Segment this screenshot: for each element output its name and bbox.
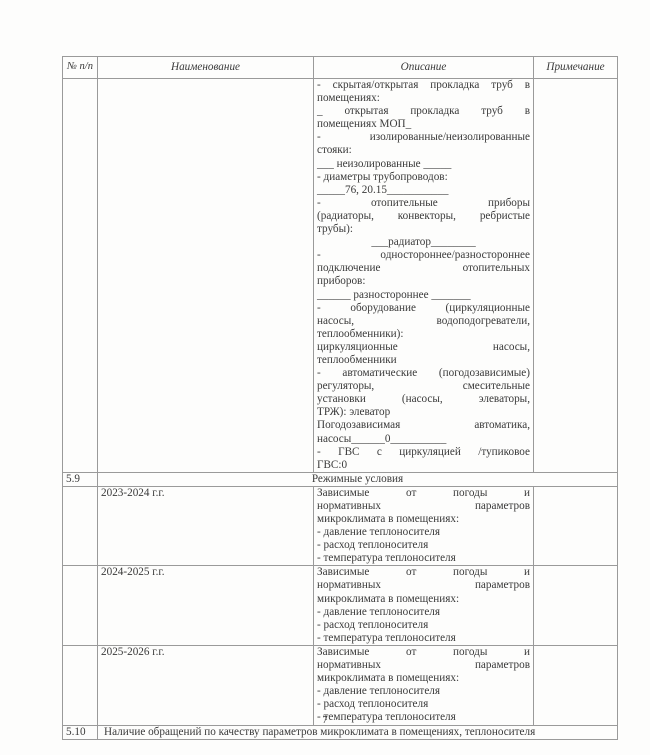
description-line: микроклимата в помещениях: — [317, 672, 530, 685]
header-number: № п/п — [63, 57, 98, 79]
table-row: 2025-2026 г.г. Зависимые от погоды инорм… — [63, 645, 618, 725]
description-line: - ГВС с циркуляцией /тупиковое — [317, 446, 530, 459]
description-line: нормативных параметров — [317, 500, 530, 513]
row-note — [534, 645, 618, 725]
description-line: регуляторы, смесительные — [317, 380, 530, 393]
description-line: - диаметры трубопроводов: — [317, 171, 530, 184]
description-line: микроклимата в помещениях: — [317, 593, 530, 606]
description-line: - автоматические (погодозависимые) — [317, 367, 530, 380]
row-period: 2025-2026 г.г. — [98, 645, 314, 725]
heating-system-table: № п/п Наименование Описание Примечание -… — [62, 56, 618, 740]
description-line: помещениях: — [317, 92, 530, 105]
description-line: ___ неизолированные _____ — [317, 158, 530, 171]
table-row: 2023-2024 г.г. Зависимые от погоды инорм… — [63, 486, 618, 566]
description-line: - оборудование (циркуляционные — [317, 302, 530, 315]
section-row-5-10: 5.10 Наличие обращений по качеству парам… — [63, 725, 618, 739]
description-line: - расход теплоносителя — [317, 619, 530, 632]
row-note — [534, 79, 618, 473]
description-line: установки (насосы, элеваторы, — [317, 393, 530, 406]
row-note — [534, 566, 618, 646]
description-line: трубы): — [317, 223, 530, 236]
row-number — [63, 645, 98, 725]
description-line: нормативных параметров — [317, 659, 530, 672]
row-description: Зависимые от погоды инормативных парамет… — [314, 486, 534, 566]
row-number — [63, 566, 98, 646]
section-title: Режимные условия — [98, 472, 618, 486]
table-row: - скрытая/открытая прокладка труб впомещ… — [63, 79, 618, 473]
section-title: Наличие обращений по качеству параметров… — [98, 725, 618, 739]
description-line: (радиаторы, конвекторы, ребристые — [317, 210, 530, 223]
row-period: 2024-2025 г.г. — [98, 566, 314, 646]
table-header-row: № п/п Наименование Описание Примечание — [63, 57, 618, 79]
section-number: 5.10 — [63, 725, 98, 739]
row-description: - скрытая/открытая прокладка труб впомещ… — [314, 79, 534, 473]
description-line: - давление теплоносителя — [317, 606, 530, 619]
description-line: подключение отопительных — [317, 262, 530, 275]
description-line: - одностороннее/разностороннее — [317, 249, 530, 262]
header-description: Описание — [314, 57, 534, 79]
description-line: - изолированные/неизолированные — [317, 131, 530, 144]
description-line: - отопительные приборы — [317, 197, 530, 210]
document-page: № п/п Наименование Описание Примечание -… — [0, 0, 650, 755]
row-name — [98, 79, 314, 473]
description-line: приборов: — [317, 275, 530, 288]
description-line: микроклимата в помещениях: — [317, 513, 530, 526]
description-line: ГВС:0 — [317, 459, 530, 472]
description-line: - температура теплоносителя — [317, 552, 530, 565]
description-line: ___радиатор________ — [317, 236, 530, 249]
description-line: - давление теплоносителя — [317, 526, 530, 539]
description-line: Зависимые от погоды и — [317, 566, 530, 579]
description-line: нормативных параметров — [317, 579, 530, 592]
description-line: - скрытая/открытая прокладка труб в — [317, 79, 530, 92]
description-line: стояки: — [317, 144, 530, 157]
row-description: Зависимые от погоды инормативных парамет… — [314, 645, 534, 725]
description-line: циркуляционные насосы, — [317, 341, 530, 354]
description-line: - расход теплоносителя — [317, 698, 530, 711]
description-line: - температура теплоносителя — [317, 632, 530, 645]
row-number — [63, 79, 98, 473]
description-line: - расход теплоносителя — [317, 539, 530, 552]
description-line: ТРЖ): элеватор — [317, 406, 530, 419]
description-line: Зависимые от погоды и — [317, 487, 530, 500]
row-description: Зависимые от погоды инормативных парамет… — [314, 566, 534, 646]
description-line: теплообменники — [317, 354, 530, 367]
section-row-5-9: 5.9 Режимные условия — [63, 472, 618, 486]
description-line: помещениях МОП_ — [317, 118, 530, 131]
row-number — [63, 486, 98, 566]
section-number: 5.9 — [63, 472, 98, 486]
description-line: насосы, водоподогреватели, — [317, 315, 530, 328]
row-period: 2023-2024 г.г. — [98, 486, 314, 566]
description-line: - давление теплоносителя — [317, 685, 530, 698]
description-line: Зависимые от погоды и — [317, 646, 530, 659]
table-row: 2024-2025 г.г. Зависимые от погоды инорм… — [63, 566, 618, 646]
description-line: Погодозависимая автоматика, — [317, 419, 530, 432]
header-note: Примечание — [534, 57, 618, 79]
page-number: 7 — [0, 715, 650, 726]
description-line: ______ разностороннее _______ — [317, 289, 530, 302]
description-line: _ открытая прокладка труб в — [317, 105, 530, 118]
header-name: Наименование — [98, 57, 314, 79]
description-line: теплообменники): — [317, 328, 530, 341]
description-line: _____76, 20.15___________ — [317, 184, 530, 197]
description-line: насосы______0__________ — [317, 433, 530, 446]
row-note — [534, 486, 618, 566]
